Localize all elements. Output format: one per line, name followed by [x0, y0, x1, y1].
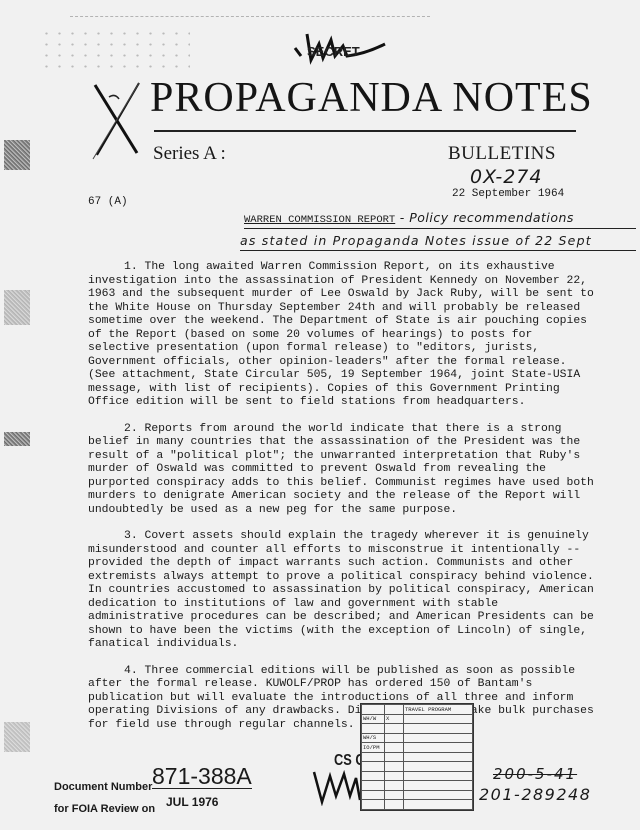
crossed-sword-pen-emblem-icon — [85, 75, 145, 165]
handwritten-reference: 0X-274 — [470, 166, 542, 188]
routing-row — [362, 771, 473, 781]
routing-cell — [362, 724, 385, 734]
routing-cell — [385, 762, 404, 772]
routing-cell — [404, 771, 473, 781]
scan-artifact-line — [70, 16, 430, 17]
routing-cell — [404, 724, 473, 734]
routing-cell — [362, 790, 385, 800]
routing-row — [362, 790, 473, 800]
foia-review-date: JUL 1976 — [166, 795, 218, 809]
routing-table: TRAVEL PROGRAMWH/WXWH/SIO/PM — [361, 704, 473, 810]
scan-specks — [40, 28, 190, 68]
routing-cell — [362, 800, 385, 810]
secret-stamp: SECRET — [285, 26, 395, 66]
margin-punch-artifact — [4, 290, 30, 325]
subject-line: WARREN COMMISSION REPORT - Policy recomm… — [244, 210, 636, 229]
margin-punch-artifact — [4, 140, 30, 170]
routing-cell — [362, 781, 385, 791]
routing-cell — [385, 790, 404, 800]
routing-cell: TRAVEL PROGRAM — [404, 705, 473, 715]
paragraph-4: 4. Three commercial editions will be pub… — [88, 665, 600, 733]
subject-block: WARREN COMMISSION REPORT - Policy recomm… — [244, 210, 636, 251]
subject-handwritten: - Policy recommendations — [395, 210, 574, 225]
routing-row: WH/WX — [362, 714, 473, 724]
file-number-struck: 200-5-41 — [493, 765, 577, 783]
routing-cell — [404, 743, 473, 753]
routing-row — [362, 800, 473, 810]
routing-cell — [385, 733, 404, 743]
routing-row — [362, 752, 473, 762]
issue-number: 67 (A) — [88, 196, 128, 208]
routing-row: WH/S — [362, 733, 473, 743]
routing-cell — [362, 705, 385, 715]
document-date: 22 September 1964 — [452, 188, 564, 200]
margin-punch-artifact — [4, 432, 30, 446]
series-label: Series A : — [153, 143, 226, 165]
routing-cell: IO/PM — [362, 743, 385, 753]
routing-cell — [404, 733, 473, 743]
margin-punch-artifact — [4, 722, 30, 752]
routing-slip: TRAVEL PROGRAMWH/WXWH/SIO/PM — [360, 703, 474, 811]
routing-cell: X — [385, 714, 404, 724]
routing-cell — [404, 762, 473, 772]
routing-row — [362, 762, 473, 772]
routing-cell — [385, 771, 404, 781]
category-label: BULLETINS — [448, 143, 556, 165]
subject-handwritten-line2: as stated in Propaganda Notes issue of 2… — [240, 233, 636, 251]
routing-cell — [404, 752, 473, 762]
document-number-label: Document Number — [54, 781, 152, 793]
paragraph-2: 2. Reports from around the world indicat… — [88, 423, 600, 518]
publication-title: PROPAGANDA NOTES — [150, 74, 593, 122]
document-body: 1. The long awaited Warren Commission Re… — [88, 261, 600, 745]
routing-cell — [404, 714, 473, 724]
routing-row: IO/PM — [362, 743, 473, 753]
routing-row — [362, 781, 473, 791]
file-number: 201-289248 — [479, 785, 591, 804]
routing-cell — [385, 705, 404, 715]
subject-typed: WARREN COMMISSION REPORT — [244, 214, 395, 226]
paragraph-1: 1. The long awaited Warren Commission Re… — [88, 261, 600, 410]
paragraph-3: 3. Covert assets should explain the trag… — [88, 530, 600, 652]
routing-cell — [404, 800, 473, 810]
routing-row — [362, 724, 473, 734]
routing-cell: WH/S — [362, 733, 385, 743]
routing-cell — [404, 781, 473, 791]
svg-text:SECRET: SECRET — [307, 44, 360, 59]
routing-cell — [385, 781, 404, 791]
title-rule — [154, 130, 576, 132]
routing-cell — [362, 771, 385, 781]
routing-cell — [385, 724, 404, 734]
routing-cell — [385, 752, 404, 762]
routing-row: TRAVEL PROGRAM — [362, 705, 473, 715]
routing-cell: WH/W — [362, 714, 385, 724]
routing-cell — [385, 743, 404, 753]
routing-cell — [404, 790, 473, 800]
routing-cell — [385, 800, 404, 810]
document-number: 871-388A — [152, 764, 252, 789]
foia-review-label: for FOIA Review on — [54, 803, 155, 815]
routing-cell — [362, 762, 385, 772]
routing-cell — [362, 752, 385, 762]
